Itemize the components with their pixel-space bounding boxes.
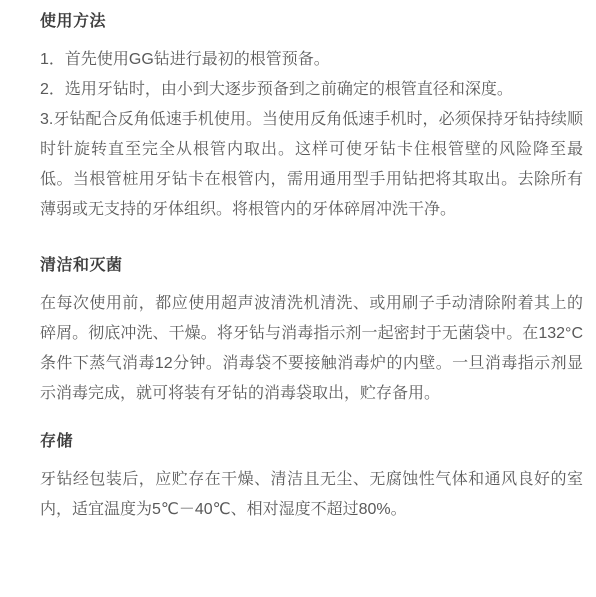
storage-paragraph: 牙钻经包装后，应贮存在干燥、清洁且无尘、无腐蚀性气体和通风良好的室内，适宜温度为… xyxy=(40,465,583,525)
cleaning-sterilization-paragraph: 在每次使用前，都应使用超声波清洗机清洗、或用刷子手动清除附着其上的碎屑。彻底冲洗… xyxy=(40,289,583,409)
section-cleaning-sterilization: 清洁和灭菌 在每次使用前，都应使用超声波清洗机清洗、或用刷子手动清除附着其上的碎… xyxy=(40,251,583,409)
usage-step-2: 2．选用牙钻时，由小到大逐步预备到之前确定的根管直径和深度。 xyxy=(40,75,583,105)
section-heading-usage: 使用方法 xyxy=(40,7,583,37)
section-heading-cleaning-sterilization: 清洁和灭菌 xyxy=(40,251,583,281)
instruction-document: 使用方法 1．首先使用GG钻进行最初的根管预备。 2．选用牙钻时，由小到大逐步预… xyxy=(40,7,583,525)
section-heading-storage: 存储 xyxy=(40,427,583,457)
usage-step-3: 3.牙钻配合反角低速手机使用。当使用反角低速手机时，必须保持牙钻持续顺时针旋转直… xyxy=(40,105,583,225)
section-storage: 存储 牙钻经包装后，应贮存在干燥、清洁且无尘、无腐蚀性气体和通风良好的室内，适宜… xyxy=(40,427,583,525)
section-usage: 使用方法 1．首先使用GG钻进行最初的根管预备。 2．选用牙钻时，由小到大逐步预… xyxy=(40,7,583,225)
usage-step-1: 1．首先使用GG钻进行最初的根管预备。 xyxy=(40,45,583,75)
